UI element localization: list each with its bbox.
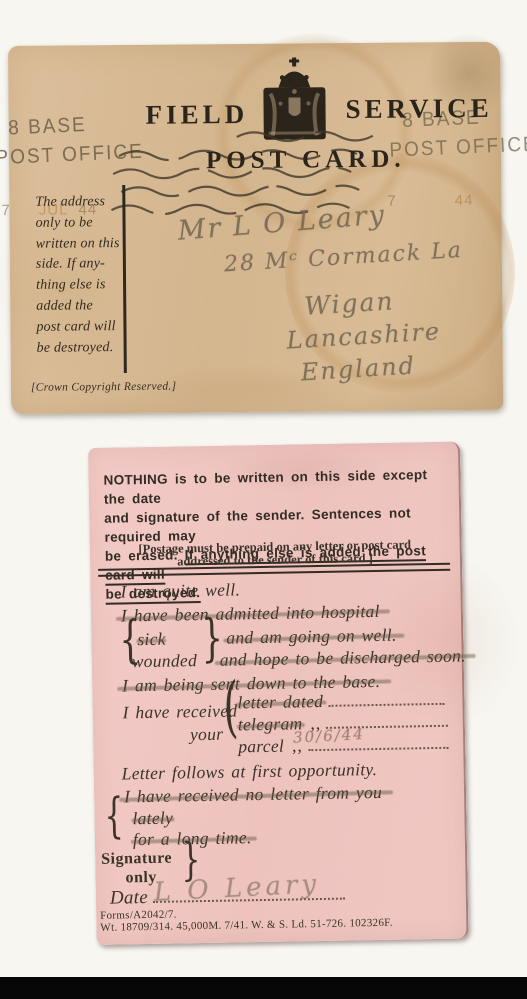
postcard-front: 8 BASE POST OFFICE 8 BASE POST OFFICE 7J… [8,42,503,414]
sentence-going-on-well: and am going on well. [226,625,397,649]
instruction-line: post card will [36,317,120,339]
signature-label: Signature [101,850,172,869]
sentence-text: I have received [122,700,237,722]
handwritten-address-town: Wigan [303,286,395,320]
sentence-sick: sick [137,629,166,650]
sentence-text-struck: sick [137,629,166,650]
sentence-quite-well: I am quite well. [120,579,240,602]
dotted-line [328,690,444,707]
sentence-your: your [190,724,224,746]
crown-copyright-notice: [Crown Copyright Reserved.] [31,381,176,394]
scan-edge-bar [0,977,527,999]
instruction-line: written on this [36,234,120,256]
postmark-day: 7 [387,193,396,210]
sentence-text-struck: and hope to be discharged soon. [220,645,466,670]
sentence-text-struck: I have been admitted into hospital [121,601,380,627]
date-label: Date [110,887,149,909]
stamp-line: POST OFFICE [389,133,527,162]
sentence-wounded: wounded [132,650,198,672]
instruction-line: side. If any- [36,254,120,276]
sentence-text-struck: and am going on well. [226,625,397,649]
warning-line: NOTHING is to be written on this side ex… [103,465,449,509]
sentence-text-struck: I have received no letter from you [124,782,382,808]
instruction-line: only to be [35,213,119,235]
scanned-page: 8 BASE POST OFFICE 8 BASE POST OFFICE 7J… [0,0,527,999]
instruction-line: be destroyed. [37,338,121,360]
sentence-text: parcel [238,736,284,757]
sentence-text-struck: lately [132,808,173,830]
handwritten-address-street: 28 Mᶜ Cormack La [223,238,463,278]
instruction-line: thing else is [36,275,120,297]
sentence-admitted: I have been admitted into hospital [121,601,380,627]
sentence-discharged: and hope to be discharged soon. [220,645,466,670]
sentence-text: Letter follows at first opportunity. [122,759,378,783]
postmark-day: 7 [1,202,10,219]
handwritten-parcel-date: 30/6/44 [293,725,366,747]
address-only-instructions: The address only to be written on this s… [35,192,120,359]
handwritten-address-country: England [300,351,417,386]
title-field: FIELD [145,99,248,131]
sentence-lately: lately [132,808,173,830]
handwritten-address-county: Lancashire [286,317,442,354]
sentence-letter-follows: Letter follows at first opportunity. [122,759,378,784]
instruction-line: The address [35,192,119,214]
brace-open: { [104,793,124,841]
instruction-line: added the [36,296,120,318]
postcard-back: NOTHING is to be written on this side ex… [88,442,469,945]
postmark-date-right: 744 [387,192,473,210]
row-letter-dated: letter dated [237,689,444,714]
title-service: SERVICE [345,93,492,125]
sentence-text: wounded [132,650,198,671]
sentence-received: I have received [122,700,237,723]
subtitle-post-card: POST CARD. [206,146,406,176]
sentence-text: I am quite well. [120,579,240,601]
sentence-no-letter: I have received no letter from you [124,782,382,808]
sentence-text: your [190,724,224,745]
sentence-text-struck: letter dated [237,691,323,713]
postmark-year: 44 [455,192,474,209]
